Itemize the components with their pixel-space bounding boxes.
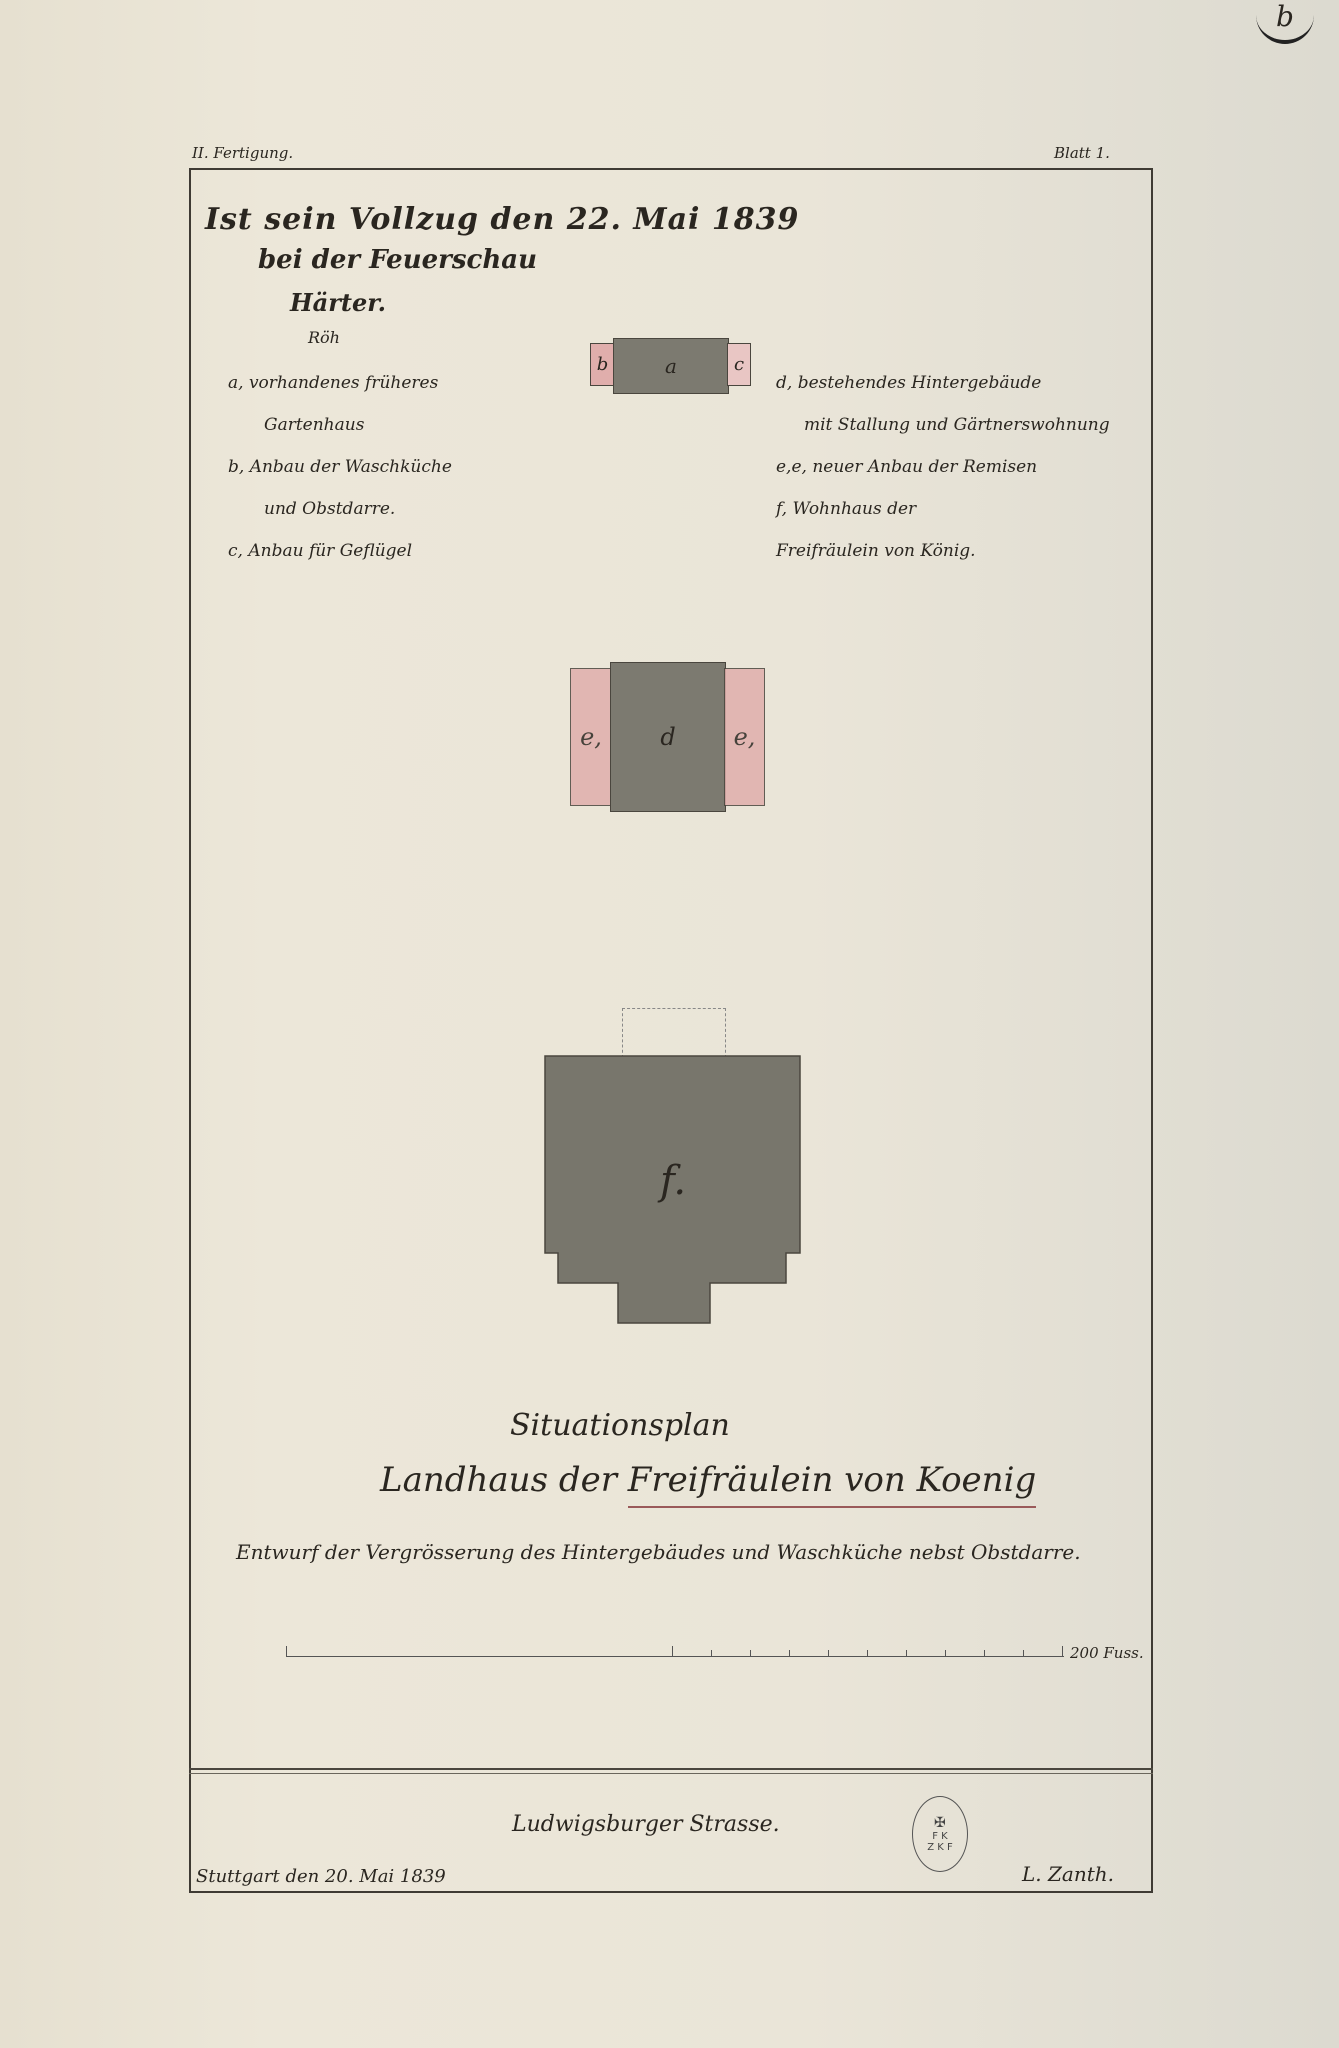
seal-top-text: F K	[932, 1831, 948, 1842]
archive-mark-arc	[1256, 0, 1314, 44]
street-boundary	[189, 1768, 1153, 1774]
scale-tick	[945, 1650, 946, 1656]
scale-tick	[906, 1650, 907, 1656]
scale-tick	[711, 1650, 712, 1656]
seal-stamp: ✠ F K Z K F	[912, 1796, 968, 1872]
title-owner: Freifräulein von Koenig	[628, 1460, 1036, 1508]
legend-item-c: c, Anbau für Geflügel	[228, 530, 628, 572]
copy-label: II. Fertigung.	[192, 144, 293, 162]
building-c-poultry-annex: c	[727, 343, 751, 386]
sheet-label: Blatt 1.	[1054, 144, 1110, 162]
legend-item-a: a, vorhandenes früheres	[228, 362, 628, 404]
scale-tick	[789, 1650, 790, 1656]
place-date: Stuttgart den 20. Mai 1839	[196, 1866, 446, 1887]
approval-note-line2: bei der Feuerschau	[258, 245, 537, 275]
building-e-right-remise: e,	[724, 668, 765, 806]
scale-tick	[1023, 1650, 1024, 1656]
scale-tick	[828, 1650, 829, 1656]
plan-subtitle: Entwurf der Vergrösserung des Hintergebä…	[236, 1540, 1081, 1564]
legend-item-a-cont: Gartenhaus	[228, 404, 628, 446]
architect-signature: L. Zanth.	[1022, 1862, 1114, 1886]
scale-tick	[867, 1650, 868, 1656]
legend-right: d, bestehendes Hintergebäude mit Stallun…	[776, 362, 1156, 572]
legend-item-d-cont: mit Stallung und Gärtnerswohnung	[776, 404, 1156, 446]
seal-bottom-text: Z K F	[927, 1842, 953, 1853]
legend-item-f-cont: Freifräulein von König.	[776, 530, 1156, 572]
legend-item-e: e,e, neuer Anbau der Remisen	[776, 446, 1156, 488]
seal-cross-icon: ✠	[934, 1815, 946, 1831]
legend-item-f: f, Wohnhaus der	[776, 488, 1156, 530]
scale-tick	[750, 1650, 751, 1656]
approval-initials: Röh	[308, 328, 340, 347]
title-prefix: Landhaus der	[380, 1460, 617, 1500]
scale-tick	[984, 1650, 985, 1656]
street-name: Ludwigsburger Strasse.	[512, 1812, 780, 1837]
legend-item-b-cont: und Obstdarre.	[228, 488, 628, 530]
scale-tick	[672, 1646, 673, 1656]
building-f-label: f.	[660, 1158, 686, 1204]
building-d-rear-building: d	[610, 662, 726, 812]
building-f-porch-outline	[622, 1008, 726, 1058]
building-e-left-remise: e,	[570, 668, 612, 806]
approval-note-line3: Härter.	[290, 288, 386, 317]
building-a-garden-house: a	[613, 338, 729, 394]
scale-tick	[1062, 1646, 1063, 1656]
scale-bar	[286, 1656, 1064, 1657]
legend-item-b: b, Anbau der Waschküche	[228, 446, 628, 488]
scale-tick	[286, 1646, 287, 1656]
plan-main-title: Landhaus der Freifräulein von Koenig	[380, 1460, 1036, 1500]
building-b-washhouse-annex: b	[590, 343, 615, 386]
plan-type-title: Situationsplan	[510, 1408, 730, 1443]
approval-note-line1: Ist sein Vollzug den 22. Mai 1839	[205, 202, 799, 237]
scale-label: 200 Fuss.	[1070, 1644, 1144, 1662]
legend-left: a, vorhandenes früheres Gartenhaus b, An…	[228, 362, 628, 572]
legend-item-d: d, bestehendes Hintergebäude	[776, 362, 1156, 404]
